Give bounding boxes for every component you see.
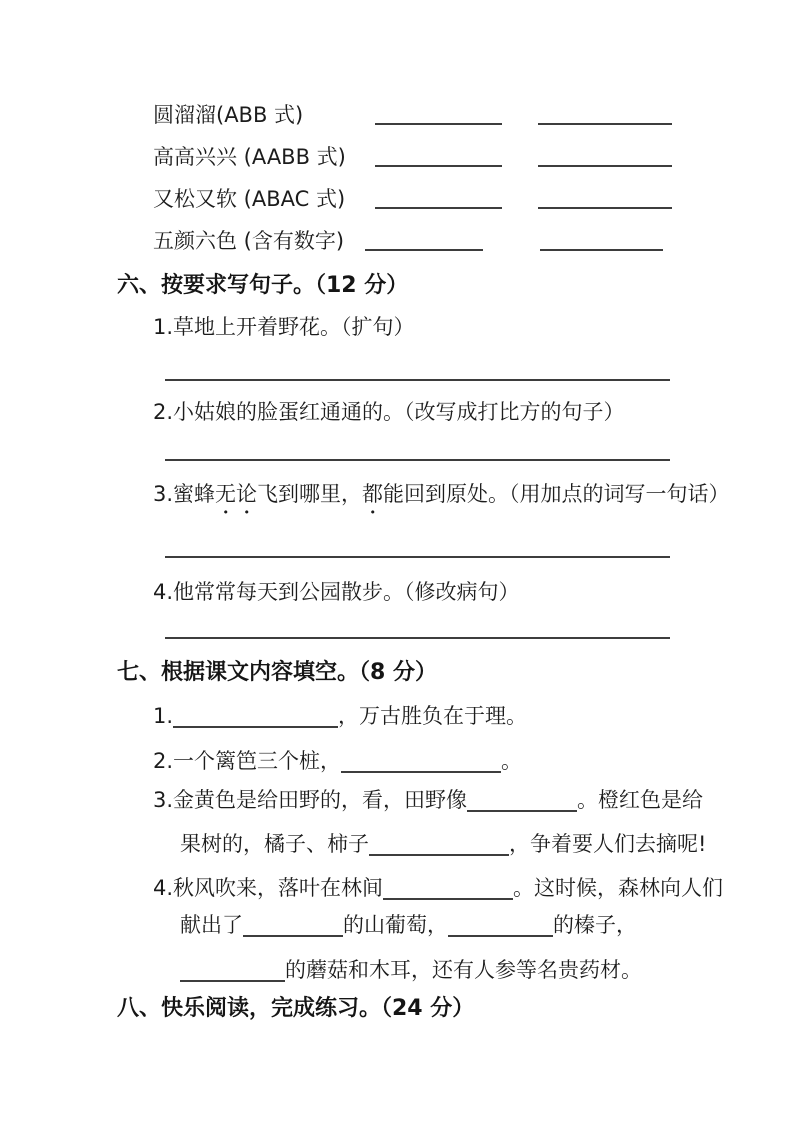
fill-blank	[383, 877, 513, 900]
question-text: 的蘑菇和木耳，还有人参等名贵药材。	[285, 958, 642, 982]
answer-line	[165, 459, 670, 461]
question-seven-4-line3: 的蘑菇和木耳，还有人参等名贵药材。	[0, 957, 793, 983]
fill-blank	[467, 789, 577, 812]
emphasized-word: 都	[362, 482, 383, 506]
worksheet-page: 圆溜溜(ABB 式) 高高兴兴 (AABB 式) 又松又软 (ABAC 式) 五…	[0, 0, 793, 1122]
word-pattern-row: 又松又软 (ABAC 式)	[0, 186, 793, 212]
question-seven-2: 2.一个篱笆三个桩，。	[0, 748, 793, 774]
answer-blank	[375, 207, 502, 209]
fill-blank	[180, 959, 285, 982]
section-six-heading: 六、按要求写句子。（12 分）	[0, 272, 793, 300]
answer-blank	[538, 165, 672, 167]
question-text: 3.蜜蜂	[153, 482, 215, 506]
pattern-label: 高高兴兴 (AABB 式)	[153, 145, 346, 169]
question-text: 。这时候，森林向人们	[513, 876, 723, 900]
pattern-label: 五颜六色 (含有数字)	[153, 229, 344, 253]
question-text: 。橙红色是给	[577, 788, 703, 812]
fill-blank	[341, 750, 501, 773]
question-seven-3-line1: 3.金黄色是给田野的，看，田野像。橙红色是给	[0, 787, 793, 813]
answer-line	[165, 379, 670, 381]
fill-blank	[448, 914, 553, 937]
word-pattern-row: 五颜六色 (含有数字)	[0, 228, 793, 254]
question-text: 3.金黄色是给田野的，看，田野像	[153, 788, 467, 812]
section-eight-heading: 八、快乐阅读，完成练习。（24 分）	[0, 995, 793, 1023]
question-text: 2.一个篱笆三个桩，	[153, 749, 341, 773]
fill-blank	[243, 914, 343, 937]
answer-blank	[540, 249, 663, 251]
answer-blank	[375, 123, 502, 125]
question-six-1: 1.草地上开着野花。（扩句）	[0, 314, 793, 340]
word-pattern-row: 高高兴兴 (AABB 式)	[0, 144, 793, 170]
question-text: 4.秋风吹来，落叶在林间	[153, 876, 383, 900]
question-seven-4-line1: 4.秋风吹来，落叶在林间。这时候，森林向人们	[0, 875, 793, 901]
fill-blank	[173, 705, 338, 728]
question-seven-3-line2: 果树的，橘子、柿子，争着要人们去摘呢!	[0, 831, 793, 857]
section-seven-heading: 七、根据课文内容填空。（8 分）	[0, 659, 793, 687]
question-six-4: 4.他常常每天到公园散步。（修改病句）	[0, 579, 793, 605]
question-text: 果树的，橘子、柿子	[180, 832, 369, 856]
question-text: 献出了	[180, 913, 243, 937]
question-seven-1: 1.，万古胜负在于理。	[0, 703, 793, 729]
question-text: ，争着要人们去摘呢!	[509, 832, 706, 856]
answer-blank	[538, 207, 672, 209]
emphasized-word: 无论	[215, 482, 257, 506]
fill-blank	[369, 833, 509, 856]
question-text: 能回到原处。（用加点的词写一句话）	[383, 482, 730, 506]
answer-blank	[538, 123, 672, 125]
question-six-2: 2.小姑娘的脸蛋红通通的。（改写成打比方的句子）	[0, 399, 793, 425]
question-text: 的山葡萄，	[343, 913, 448, 937]
answer-blank	[375, 165, 502, 167]
answer-line	[165, 637, 670, 639]
question-seven-4-line2: 献出了的山葡萄，的榛子，	[0, 912, 793, 938]
answer-blank	[365, 249, 483, 251]
question-text: 1.	[153, 704, 173, 728]
pattern-label: 又松又软 (ABAC 式)	[153, 187, 345, 211]
question-text: 飞到哪里，	[257, 482, 362, 506]
question-text: 。	[501, 749, 522, 773]
pattern-label: 圆溜溜(ABB 式)	[153, 103, 303, 127]
word-pattern-row: 圆溜溜(ABB 式)	[0, 102, 793, 128]
question-six-3: 3.蜜蜂无论飞到哪里，都能回到原处。（用加点的词写一句话）	[0, 481, 793, 519]
question-text: 的榛子，	[553, 913, 637, 937]
question-text: ，万古胜负在于理。	[338, 704, 527, 728]
answer-line	[165, 556, 670, 558]
